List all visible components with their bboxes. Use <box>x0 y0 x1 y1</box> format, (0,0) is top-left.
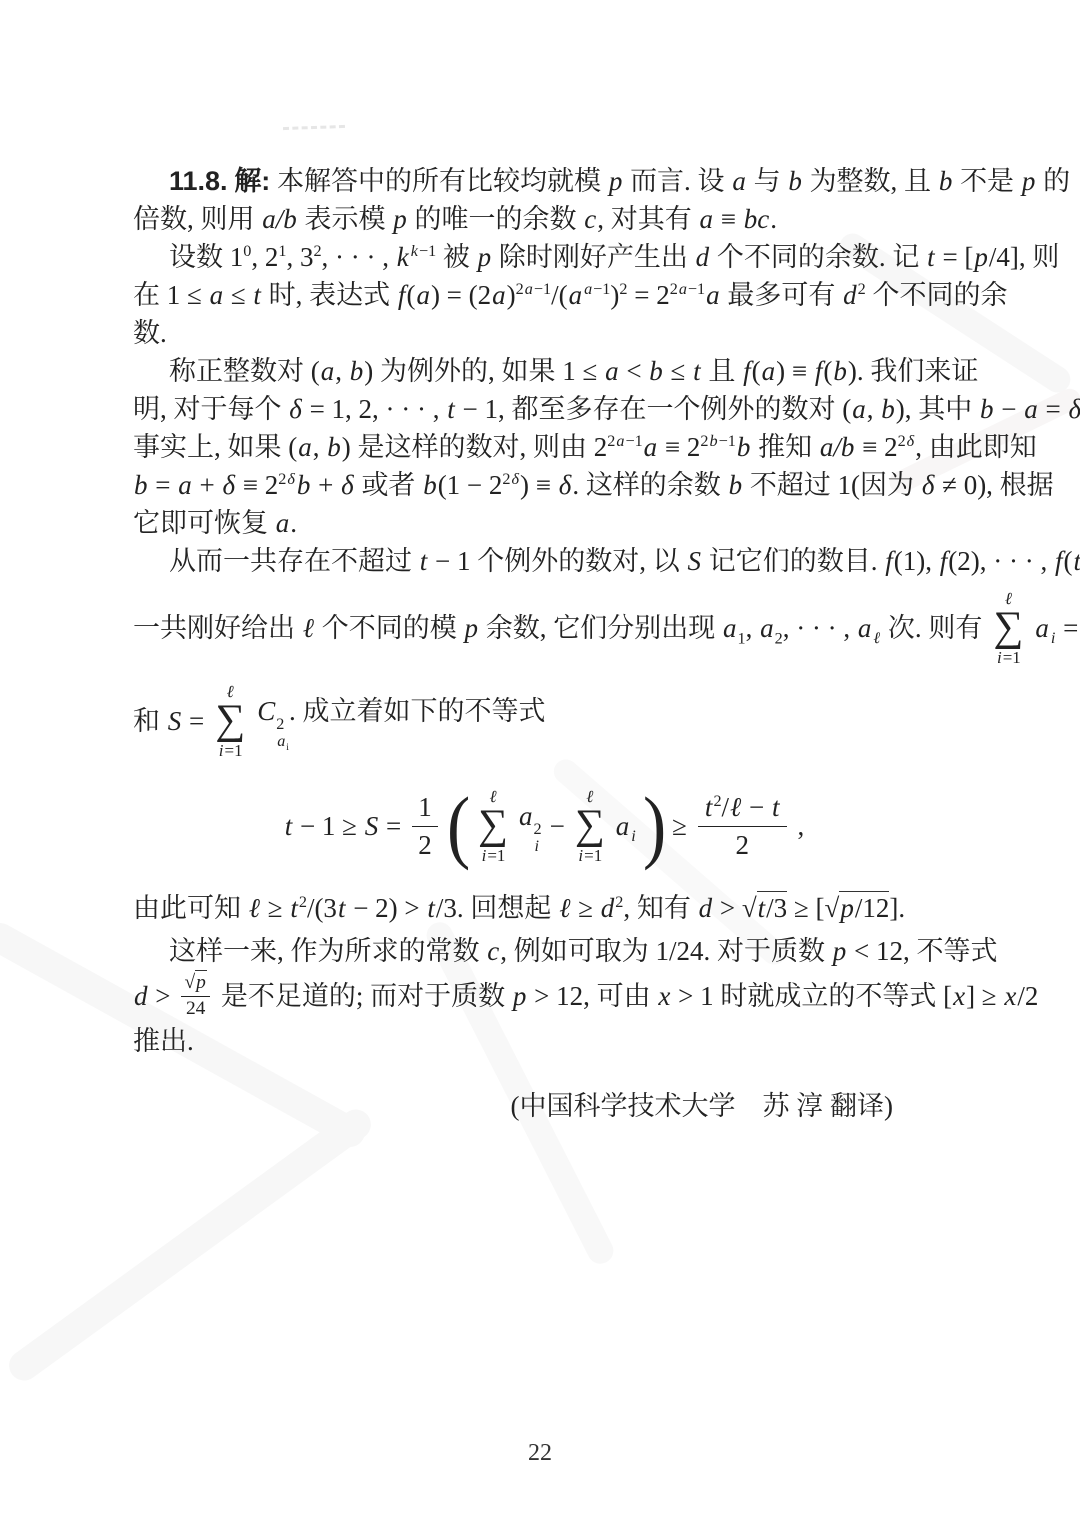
summation-symbol: ℓ ∑ i=1 <box>478 788 508 865</box>
geq-sign: ≥ <box>672 807 687 845</box>
paragraph-4-line-3-text: 和 S = <box>133 702 204 740</box>
equation-term-1: a2i <box>518 797 542 854</box>
paragraph-4-line-2-text: 一共刚好给出 ℓ 个不同的模 p 余数, 它们分别出现 a1, a2, · · … <box>133 609 982 647</box>
scan-artifact <box>283 125 345 130</box>
summation-symbol: ℓ ∑ i=1 <box>215 683 245 760</box>
paragraph-2-line-3: 数. <box>133 314 955 352</box>
equation-lhs: t − 1 ≥ S = <box>284 807 402 845</box>
paragraph-6: 这样一来, 作为所求的常数 c, 例如可取为 1/24. 对于质数 p < 12… <box>133 932 955 1060</box>
sigma-icon: ∑ <box>575 807 605 845</box>
paragraph-4-line-3-tail: C2ai. 成立着如下的不等式 <box>256 692 545 749</box>
paragraph-6-line-2-tail: 是不足道的; 而对于质数 p > 12, 可由 x > 1 时就成立的不等式 [… <box>221 977 1039 1015</box>
watermark-stroke <box>3 1104 377 1387</box>
fraction-one-half: 1 2 <box>412 791 438 861</box>
equation-comma: , <box>798 807 805 845</box>
paragraph-4: 从而一共存在不超过 t − 1 个例外的数对, 以 S 记它们的数目. f(1)… <box>133 542 955 766</box>
sigma-icon: ∑ <box>993 609 1023 647</box>
fraction-numerator: 1 <box>412 791 438 826</box>
translator-attribution: (中国科学技术大学 苏 淳 翻译) <box>133 1086 955 1126</box>
document-page: 11.8. 解: 本解答中的所有比较均就模 p 而言. 设 a 与 b 为整数,… <box>0 0 1080 1528</box>
paragraph-1-line-1: 11.8. 解: 本解答中的所有比较均就模 p 而言. 设 a 与 b 为整数,… <box>133 162 955 200</box>
fraction-sqrt-p-over-24: √p 24 <box>181 972 209 1020</box>
paragraph-1-line-1-text: 本解答中的所有比较均就模 p 而言. 设 a 与 b 为整数, 且 b 不是 p… <box>277 166 1070 196</box>
paragraph-3-line-4: b = a + δ ≡ 22δb + δ 或者 b(1 − 22δ) ≡ δ. … <box>133 466 955 504</box>
paragraph-6-line-2-text: d > <box>133 977 170 1015</box>
equation-term-2: ai <box>615 807 637 845</box>
paragraph-4-line-2: 一共刚好给出 ℓ 个不同的模 p 余数, 它们分别出现 a1, a2, · · … <box>133 580 955 676</box>
paragraph-4-line-2-tail: ai = t <box>1034 609 1080 647</box>
paragraph-2-line-1: 设数 10, 21, 32, · · · , kk−1 被 p 除时刚好产生出 … <box>133 238 955 276</box>
summation-symbol: ℓ ∑ i=1 <box>575 788 605 865</box>
paragraph-4-line-1: 从而一共存在不超过 t − 1 个例外的数对, 以 S 记它们的数目. f(1)… <box>133 542 955 580</box>
fraction-denominator: 2 <box>418 827 432 861</box>
paragraph-1-line-2: 倍数, 则用 a/b 表示模 p 的唯一的余数 c, 对其有 a ≡ bc. <box>133 200 955 238</box>
fraction-numerator: t2/ℓ − t <box>698 791 787 826</box>
summation-symbol: ℓ ∑ i=1 <box>993 590 1023 667</box>
paragraph-6-line-3: 推出. <box>133 1022 955 1060</box>
page-number: 22 <box>0 1440 1080 1467</box>
paragraph-3-line-2: 明, 对于每个 δ = 1, 2, · · · , t − 1, 都至多存在一个… <box>133 390 955 428</box>
paragraph-1: 11.8. 解: 本解答中的所有比较均就模 p 而言. 设 a 与 b 为整数,… <box>133 162 955 238</box>
paragraph-6-line-1: 这样一来, 作为所求的常数 c, 例如可取为 1/24. 对于质数 p < 12… <box>133 932 955 970</box>
fraction-rhs: t2/ℓ − t 2 <box>698 791 787 861</box>
fraction-denominator: 24 <box>186 997 205 1020</box>
sum-lower-limit: i=1 <box>481 847 506 864</box>
paragraph-5: 由此可知 ℓ ≥ t2/(3t − 2) > t/3. 回想起 ℓ ≥ d2, … <box>133 884 955 932</box>
sigma-icon: ∑ <box>478 807 508 845</box>
paragraph-3: 称正整数对 (a, b) 为例外的, 如果 1 ≤ a < b ≤ t 且 f(… <box>133 352 955 542</box>
solution-label: 解: <box>234 166 270 196</box>
paragraph-3-line-5: 它即可恢复 a. <box>133 504 955 542</box>
paragraph-2: 设数 10, 21, 32, · · · , kk−1 被 p 除时刚好产生出 … <box>133 238 955 352</box>
display-equation: t − 1 ≥ S = 1 2 ( ℓ ∑ i=1 a2i − ℓ ∑ i=1 … <box>133 770 955 882</box>
minus-sign: − <box>550 807 565 845</box>
paragraph-3-line-1: 称正整数对 (a, b) 为例外的, 如果 1 ≤ a < b ≤ t 且 f(… <box>133 352 955 390</box>
paragraph-4-line-3: 和 S = ℓ ∑ i=1 C2ai. 成立着如下的不等式 <box>133 676 955 766</box>
paragraph-3-line-3: 事实上, 如果 (a, b) 是这样的数对, 则由 22a−1a ≡ 22b−1… <box>133 428 955 466</box>
sum-lower-limit: i=1 <box>996 649 1021 666</box>
fraction-numerator: √p <box>181 972 209 996</box>
solution-body: 11.8. 解: 本解答中的所有比较均就模 p 而言. 设 a 与 b 为整数,… <box>133 162 955 1126</box>
paragraph-2-line-2: 在 1 ≤ a ≤ t 时, 表达式 f(a) = (2a)2a−1/(aa−1… <box>133 276 955 314</box>
sum-lower-limit: i=1 <box>577 847 602 864</box>
paragraph-5-line-1: 由此可知 ℓ ≥ t2/(3t − 2) > t/3. 回想起 ℓ ≥ d2, … <box>133 884 955 932</box>
problem-number: 11.8. <box>169 166 228 196</box>
sigma-icon: ∑ <box>215 702 245 740</box>
sum-lower-limit: i=1 <box>218 742 243 759</box>
paragraph-6-line-2: d > √p 24 是不足道的; 而对于质数 p > 12, 可由 x > 1 … <box>133 970 955 1022</box>
fraction-denominator: 2 <box>735 827 749 861</box>
